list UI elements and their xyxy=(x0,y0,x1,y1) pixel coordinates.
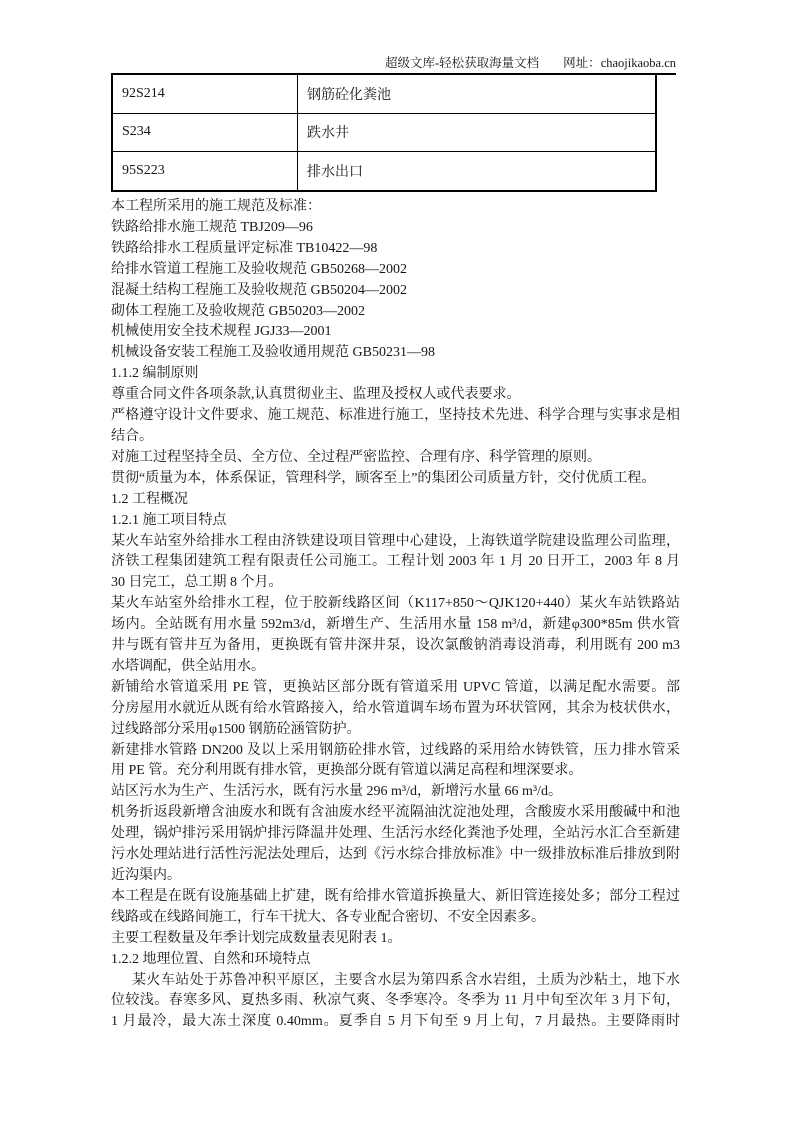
body-line: 混凝土结构工程施工及验收规范 GB50204—2002 xyxy=(111,281,680,302)
spec-name-cell: 钢筋砼化粪池 xyxy=(298,74,657,113)
body-line: 对施工过程坚持全员、全方位、全过程严密监控、合理有序、科学管理的原则。 xyxy=(111,448,680,469)
header-site-label: 网址： xyxy=(563,56,601,70)
spec-code-cell: S234 xyxy=(112,113,298,152)
body-line: 济铁工程集团建筑工程有限责任公司施工。工程计划 2003 年 1 月 20 日开… xyxy=(111,552,680,573)
table-row: S234跌水井 xyxy=(112,113,656,152)
body-line: 1.2.2 地理位置、自然和环境特点 xyxy=(111,950,680,971)
body-line: 30 日完工，总工期 8 个月。 xyxy=(111,573,680,594)
spec-name-cell: 跌水井 xyxy=(298,113,657,152)
table-row: 95S223排水出口 xyxy=(112,152,656,191)
body-line: 场内。全站既有用水量 592m3/d，新增生产、生活用水量 158 m³/d，新… xyxy=(111,615,680,636)
body-line: 某火车站处于苏鲁冲积平原区，主要含水层为第四系含水岩组，土质为沙粘土，地下水 xyxy=(111,971,680,992)
spec-table-body: 92S214钢筋砼化粪池S234跌水井95S223排水出口 xyxy=(112,74,656,191)
body-line: 铁路给排水施工规范 TBJ209—96 xyxy=(111,218,680,239)
body-line: 过线路部分采用φ1500 钢筋砼涵管防护。 xyxy=(111,720,680,741)
body-line: 本工程是在既有设施基础上扩建，既有给排水管道拆换量大、新旧管连接处多；部分工程过 xyxy=(111,887,680,908)
body-line: 分房屋用水就近从既有给水管路接入，给水管道调车场布置为环状管网，其余为枝状供水， xyxy=(111,699,680,720)
body-line: 站区污水为生产、生活污水，既有污水量 296 m³/d，新增污水量 66 m³/… xyxy=(111,782,680,803)
body-line: 1.2.1 施工项目特点 xyxy=(111,511,680,532)
spec-name-cell: 排水出口 xyxy=(298,152,657,191)
body-line: 新铺给水管道采用 PE 管，更换站区部分既有管道采用 UPVC 管道，以满足配水… xyxy=(111,678,680,699)
body-line: 线路或在线路间施工，行车干扰大、各专业配合密切、不安全因素多。 xyxy=(111,908,680,929)
body-line: 主要工程数量及年季计划完成数量表见附表 1。 xyxy=(111,929,680,950)
body-line: 1.1.2 编制原则 xyxy=(111,364,680,385)
body-line: 铁路给排水工程质量评定标准 TB10422—98 xyxy=(111,239,680,260)
body-line: 某火车站室外给排水工程，位于胶新线路区间（K117+850～QJK120+440… xyxy=(111,594,680,615)
table-row: 92S214钢筋砼化粪池 xyxy=(112,74,656,113)
body-line: 近沟渠内。 xyxy=(111,866,680,887)
body-line: 砌体工程施工及验收规范 GB50203—2002 xyxy=(111,302,680,323)
header-site-url: chaojikaoba.cn xyxy=(601,56,676,70)
body-line: 新建排水管路 DN200 及以上采用钢筋砼排水管，过线路的采用给水铸铁管，压力排… xyxy=(111,741,680,762)
body-line: 处理，锅炉排污采用锅炉排污降温井处理、生活污水经化粪池予处理，全站污水汇合至新建 xyxy=(111,824,680,845)
body-line: 尊重合同文件各项条款,认真贯彻业主、监理及授权人或代表要求。 xyxy=(111,385,680,406)
body-line: 井与既有管井互为备用，更换既有管井深井泵，设次氯酸钠消毒设消毒，利用既有 200… xyxy=(111,636,680,657)
body-line: 水塔调配，供全站用水。 xyxy=(111,657,680,678)
page-header: 超级文库-轻松获取海量文档网址：chaojikaoba.cn xyxy=(111,53,676,71)
body-line: 给排水管道工程施工及验收规范 GB50268—2002 xyxy=(111,260,680,281)
body-line: 机械设备安装工程施工及验收通用规范 GB50231—98 xyxy=(111,343,680,364)
body-line: 1.2 工程概况 xyxy=(111,490,680,511)
body-line: 机务折返段新增含油废水和既有含油废水经平流隔油沈淀池处理，含酸废水采用酸碱中和池 xyxy=(111,803,680,824)
body-line: 用 PE 管。充分利用既有排水管，更换部分既有管道以满足高程和埋深要求。 xyxy=(111,761,680,782)
body-line: 严格遵守设计文件要求、施工规范、标准进行施工，坚持技术先进、科学合理与实事求是相 xyxy=(111,406,680,427)
body-line: 某火车站室外给排水工程由济铁建设项目管理中心建设，上海铁道学院建设监理公司监理， xyxy=(111,532,680,553)
spec-table: 92S214钢筋砼化粪池S234跌水井95S223排水出口 xyxy=(111,73,657,192)
spec-code-cell: 92S214 xyxy=(112,74,298,113)
body-line: 贯彻“质量为本，体系保证，管理科学，顾客至上”的集团公司质量方针，交付优质工程。 xyxy=(111,469,680,490)
body-line: 本工程所采用的施工规范及标准： xyxy=(111,197,680,218)
body-line: 污水处理站进行活性污泥法处理后，达到《污水综合排放标准》中一级排放标准后排放到附 xyxy=(111,845,680,866)
body-line: 结合。 xyxy=(111,427,680,448)
body-line: 位较浅。春寒多风、夏热多雨、秋凉气爽、冬季寒冷。冬季为 11 月中旬至次年 3 … xyxy=(111,991,680,1012)
document-page: 超级文库-轻松获取海量文档网址：chaojikaoba.cn 92S214钢筋砼… xyxy=(0,0,793,1122)
body-line: 1 月最冷，最大冻土深度 0.40mm。夏季自 5 月下旬至 9 月上旬，7 月… xyxy=(111,1012,680,1033)
document-body: 本工程所采用的施工规范及标准：铁路给排水施工规范 TBJ209—96铁路给排水工… xyxy=(111,197,680,1033)
body-line: 机械使用安全技术规程 JGJ33—2001 xyxy=(111,322,680,343)
spec-code-cell: 95S223 xyxy=(112,152,298,191)
header-brand: 超级文库-轻松获取海量文档 xyxy=(385,56,539,70)
